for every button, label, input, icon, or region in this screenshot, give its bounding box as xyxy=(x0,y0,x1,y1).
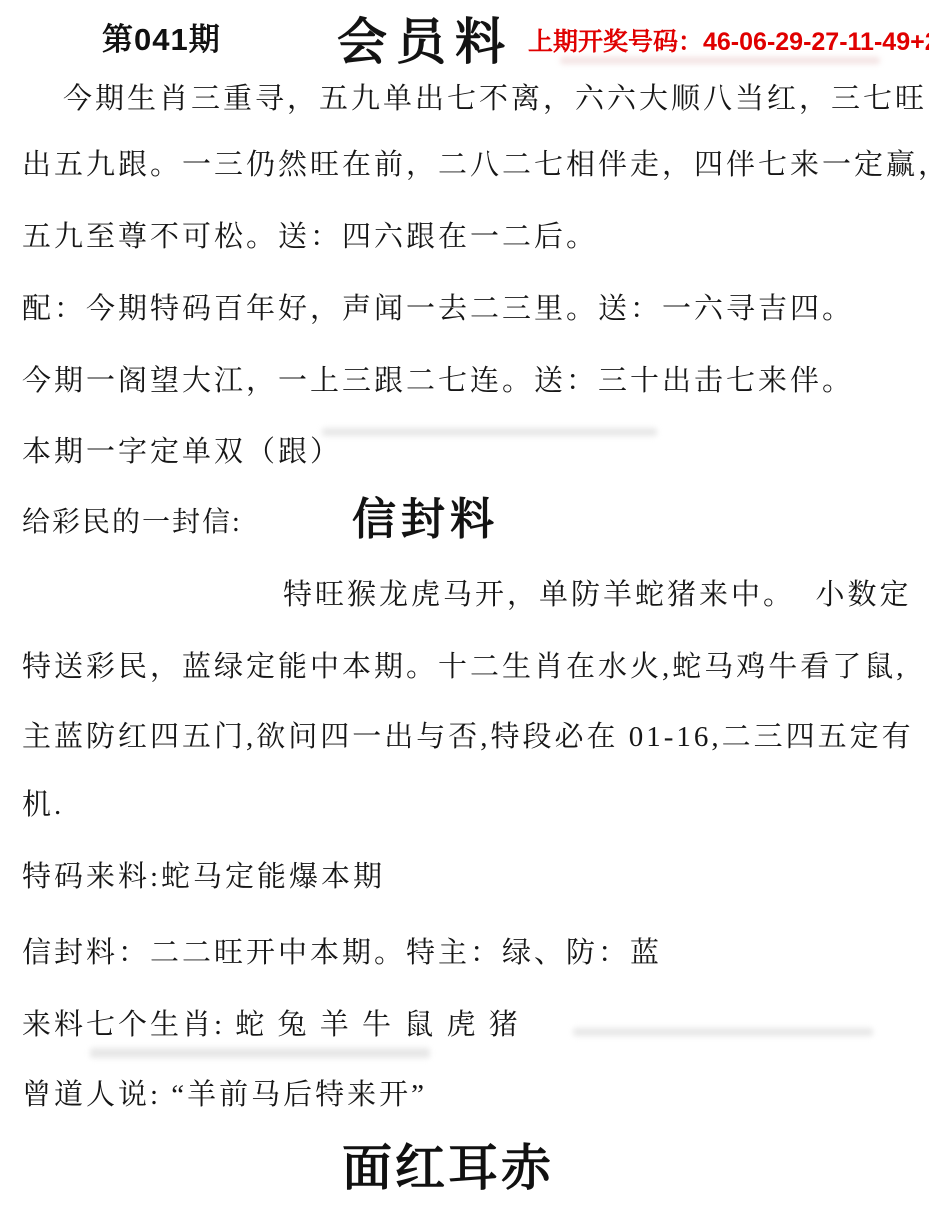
text-line: 曾道人说: “羊前马后特来开” xyxy=(22,1080,427,1112)
text-line: 五九至尊不可松。送：四六跟在一二后。 xyxy=(22,222,598,254)
print-artifact xyxy=(560,57,880,64)
issue-number-label: 第041期 xyxy=(102,14,221,59)
print-artifact xyxy=(322,428,657,436)
text-line: 信封料：二二旺开中本期。特主：绿、防：蓝 xyxy=(22,938,662,970)
text-line: 出五九跟。一三仍然旺在前，二八二七相伴走，四伴七来一定赢， xyxy=(22,150,929,182)
text-line: 主蓝防红四五门,欲问四一出与否,特段必在 01-16,二三四五定有 xyxy=(22,722,914,754)
print-artifact xyxy=(573,1028,873,1036)
page-title: 会员料 xyxy=(337,2,514,74)
text-line: 配：今期特码百年好，声闻一去二三里。送：一六寻吉四。 xyxy=(22,294,854,326)
text-line: 今期一阁望大江，一上三跟二七连。送：三十出击七来伴。 xyxy=(22,366,854,398)
envelope-intro-label: 给彩民的一封信: xyxy=(22,500,242,540)
envelope-section-title: 信封料 xyxy=(352,483,499,547)
print-artifact xyxy=(90,1048,430,1058)
text-line: 特送彩民，蓝绿定能中本期。十二生肖在水火,蛇马鸡牛看了鼠, xyxy=(22,652,907,684)
text-line: 机. xyxy=(22,790,64,822)
text-line: 今期生肖三重寻，五九单出七不离，六六大顺八当红，三七旺 xyxy=(63,84,927,116)
text-line: 来料七个生肖: 蛇 兔 羊 牛 鼠 虎 猪 xyxy=(22,1010,521,1042)
footer-slogan: 面红耳赤 xyxy=(342,1128,554,1200)
last-draw-numbers: 上期开奖号码：46-06-29-27-11-49+28 xyxy=(528,22,929,58)
text-line: 特码来料:蛇马定能爆本期 xyxy=(22,862,385,894)
text-line: 特旺猴龙虎马开，单防羊蛇猪来中。 小数定 xyxy=(283,580,912,612)
text-line: 本期一字定单双（跟） xyxy=(22,437,342,469)
tip-sheet-page: 第041期 会员料 上期开奖号码：46-06-29-27-11-49+28 今期… xyxy=(0,0,929,1209)
